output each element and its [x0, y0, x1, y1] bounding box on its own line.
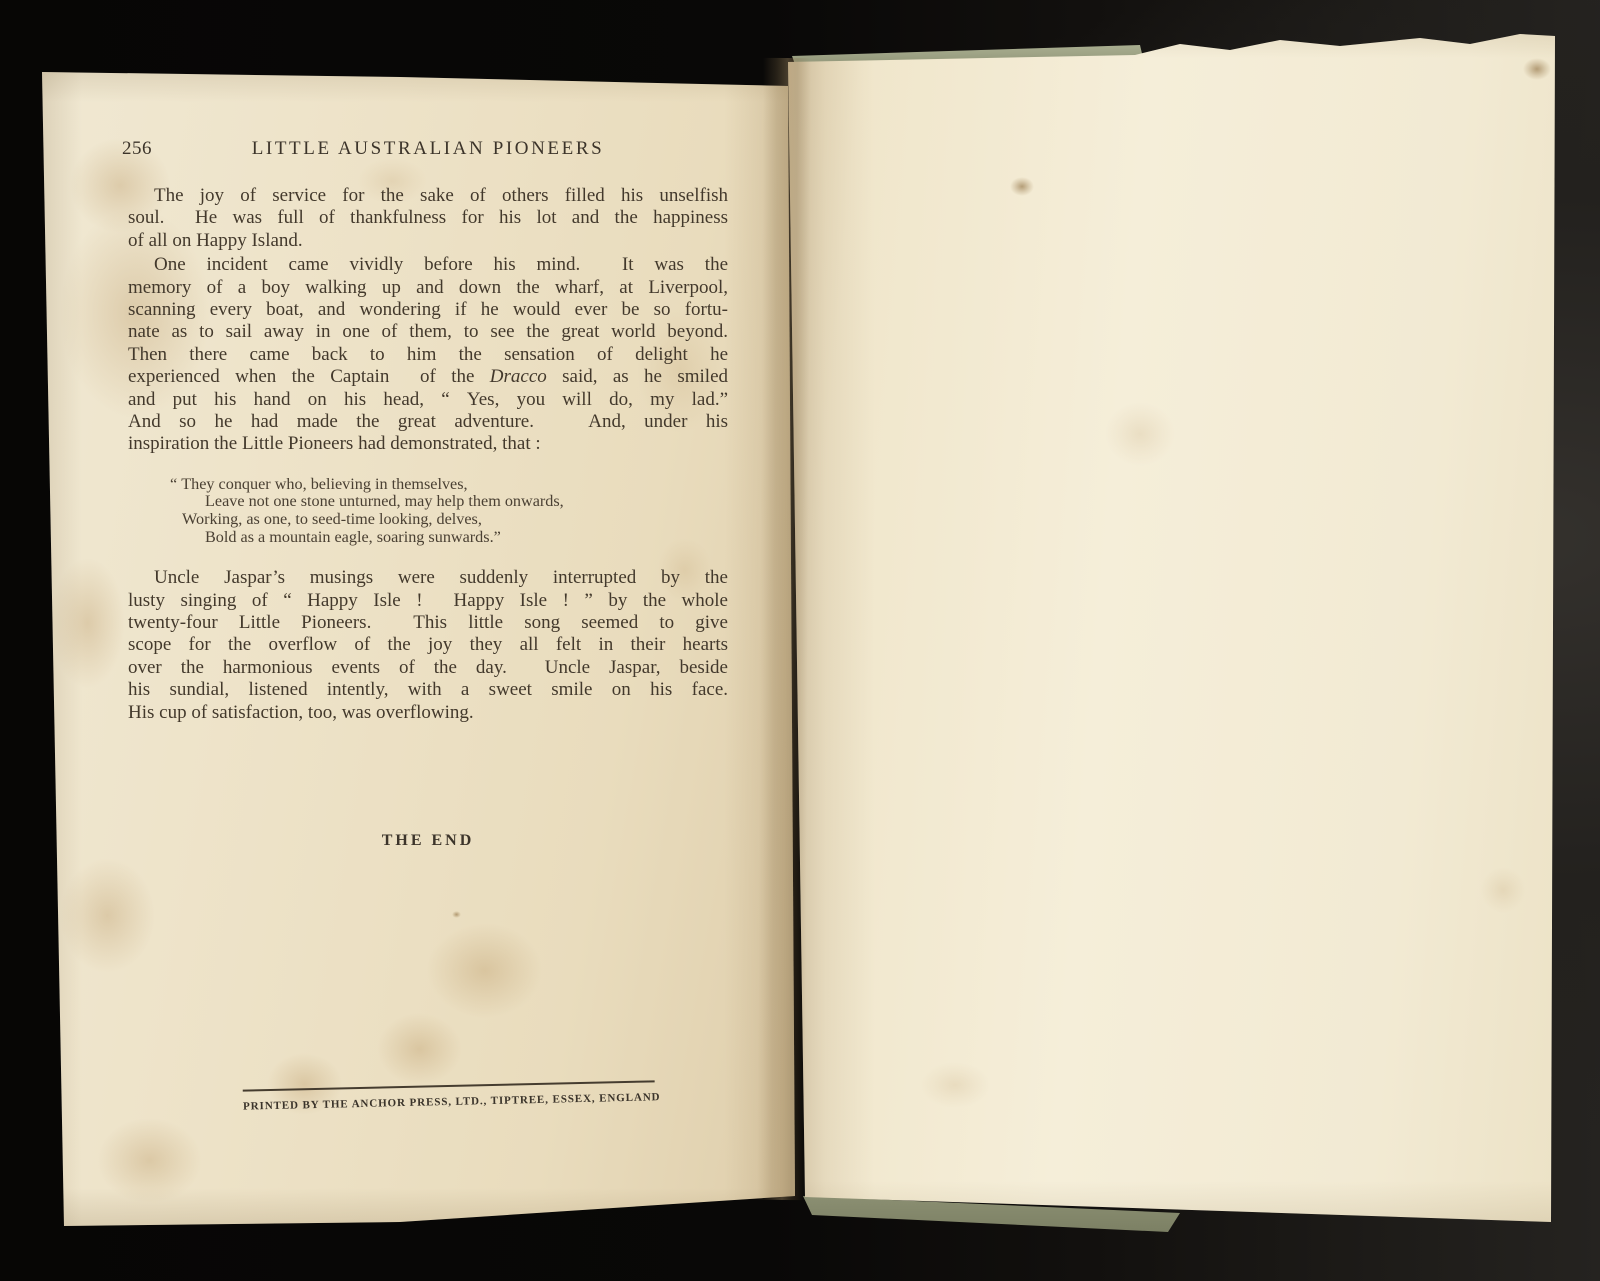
page-header: 256 LITTLE AUSTRALIAN PIONEERS — [128, 138, 728, 160]
text-line: And so he had made the great adventure. … — [128, 411, 728, 433]
text-line: nate as to sail away in one of them, to … — [128, 321, 728, 343]
text-line: and put his hand on his head, “ Yes, you… — [128, 389, 728, 411]
paragraph: One incident came vividly before his min… — [128, 254, 728, 456]
text-line: over the harmonious events of the day. U… — [128, 657, 728, 679]
text-line: Leave not one stone unturned, may help t… — [205, 493, 728, 511]
right-page — [785, 32, 1560, 1227]
text-line: Bold as a mountain eagle, soaring sunwar… — [205, 529, 728, 547]
text-line: His cup of satisfaction, too, was overfl… — [128, 702, 728, 724]
foxing-stain — [97, 1118, 202, 1203]
page-number: 256 — [122, 138, 152, 160]
text-line: Working, as one, to seed-time looking, d… — [182, 511, 728, 529]
foxing-stain — [1010, 177, 1034, 196]
foxing-stain — [920, 1062, 990, 1108]
foxing-stain — [1105, 402, 1175, 466]
text-line: One incident came vividly before his min… — [128, 254, 728, 276]
text-line: The joy of service for the sake of other… — [128, 185, 728, 207]
text-line: Then there came back to him the sensatio… — [128, 344, 728, 366]
text-line: soul. He was full of thankfulness for hi… — [128, 207, 728, 229]
foxing-stain — [1523, 58, 1551, 80]
running-title: LITTLE AUSTRALIAN PIONEERS — [252, 138, 605, 159]
gutter-fold-shadow — [757, 58, 811, 1200]
text-line: memory of a boy walking up and down the … — [128, 277, 728, 299]
left-page-top-shadow — [42, 68, 796, 102]
text-line: his sundial, listened intently, with a s… — [128, 679, 728, 701]
paragraph: The joy of service for the sake of other… — [128, 185, 728, 252]
the-end-label: THE END — [128, 830, 728, 852]
verse-quotation: “ They conquer who, believing in themsel… — [128, 476, 728, 546]
body-text: The joy of service for the sake of other… — [128, 185, 728, 1113]
printer-imprint: PRINTED BY THE ANCHOR PRESS, LTD., TIPTR… — [243, 1080, 656, 1118]
text-line: scope for the overflow of the joy they a… — [128, 634, 728, 656]
printer-imprint-text: PRINTED BY THE ANCHOR PRESS, LTD., TIPTR… — [243, 1091, 661, 1112]
text-line: “ They conquer who, believing in themsel… — [170, 476, 728, 494]
text-line: of all on Happy Island. — [128, 230, 728, 252]
left-page: 256 LITTLE AUSTRALIAN PIONEERS The joy o… — [42, 68, 796, 1228]
photo-scene: 256 LITTLE AUSTRALIAN PIONEERS The joy o… — [0, 0, 1600, 1281]
text-line: inspiration the Little Pioneers had demo… — [128, 433, 728, 455]
foxing-stain — [50, 558, 125, 688]
foxing-stain — [1480, 867, 1526, 913]
text-line: Uncle Jaspar’s musings were suddenly int… — [128, 567, 728, 589]
text-line: lusty singing of “ Happy Isle ! Happy Is… — [128, 590, 728, 612]
paragraph: Uncle Jaspar’s musings were suddenly int… — [128, 567, 728, 724]
text-line: scanning every boat, and wondering if he… — [128, 299, 728, 321]
text-line: experienced when the Captain of the Drac… — [128, 366, 728, 388]
text-line: twenty-four Little Pioneers. This little… — [128, 612, 728, 634]
